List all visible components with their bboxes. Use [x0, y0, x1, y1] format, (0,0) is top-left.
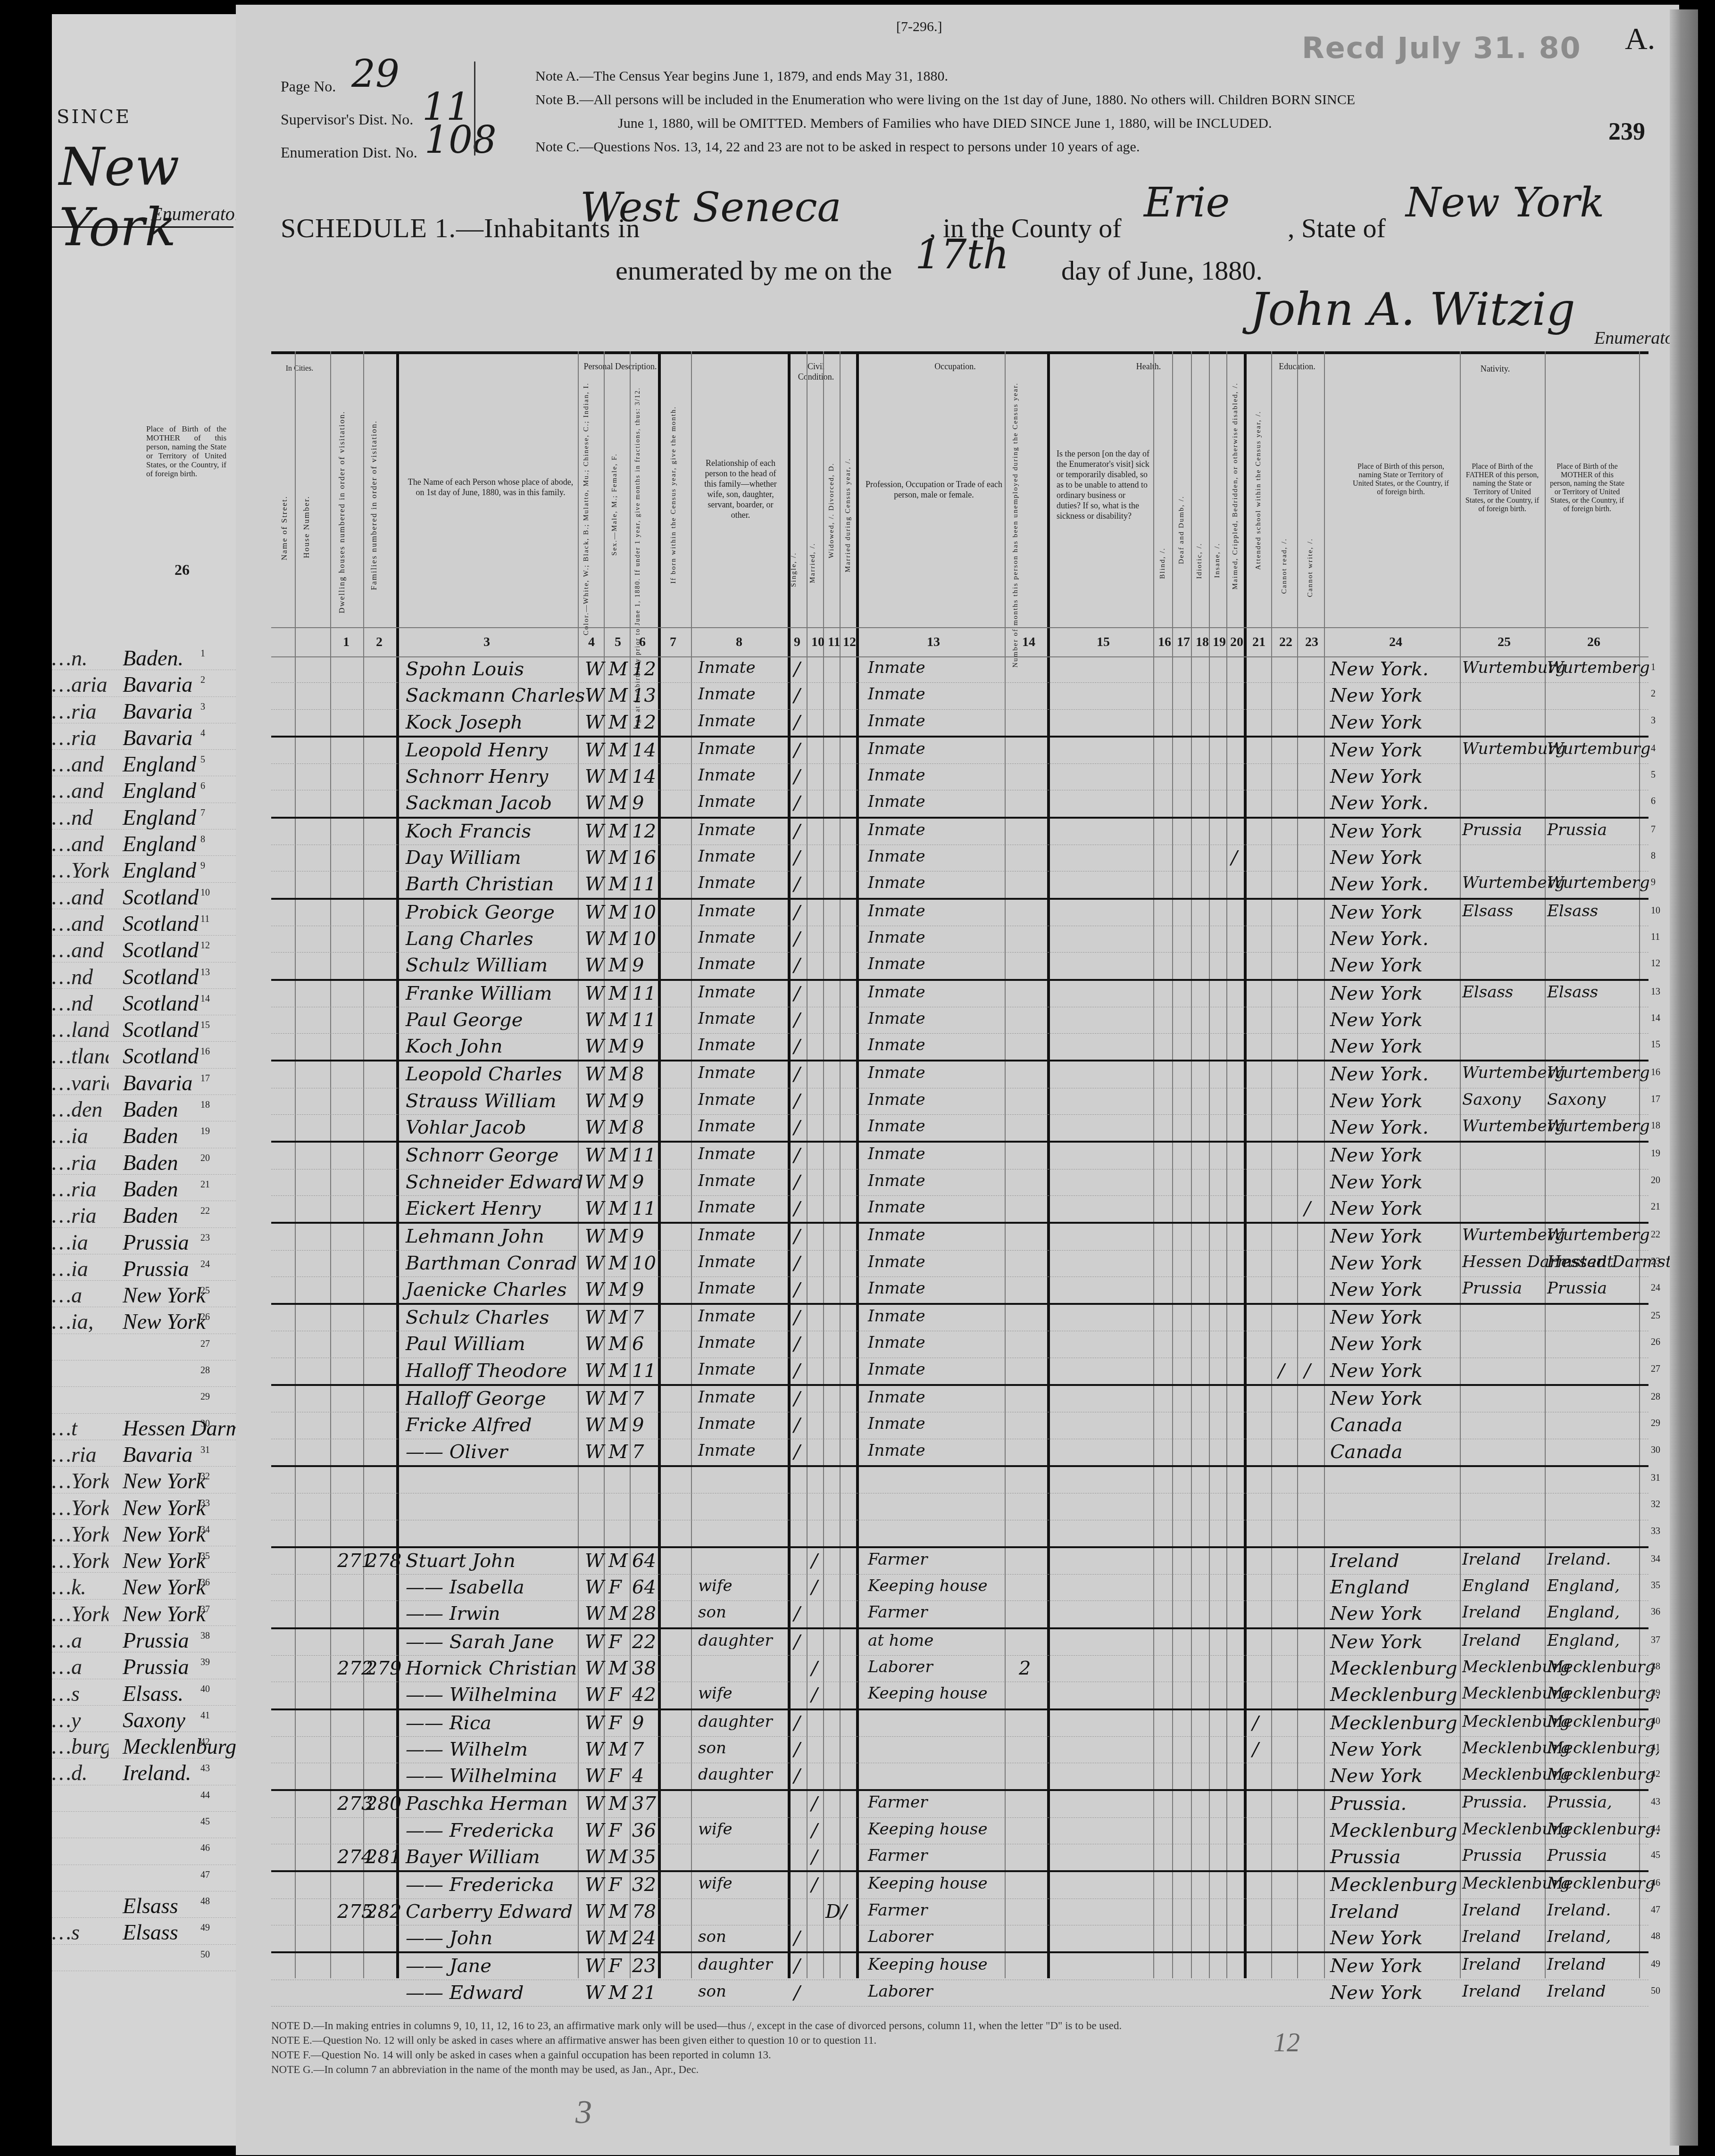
color: W	[585, 739, 604, 761]
birthplace: New York.	[1330, 658, 1429, 680]
occupation: Inmate	[868, 1252, 925, 1271]
note-g: NOTE G.—In column 7 an abbreviation in t…	[271, 2062, 1122, 2077]
row-number: 35	[1651, 1580, 1660, 1591]
column-number: 8	[736, 635, 742, 650]
left-mother-birthplace: Prussia	[123, 1628, 189, 1653]
birthplace: New York	[1330, 1739, 1423, 1760]
person-name: Hornick Christian	[406, 1658, 577, 1679]
col-street: Name of Street.	[280, 496, 289, 560]
age: 12	[632, 821, 656, 842]
col-5-header: Sex.—Male, M.; Female, F.	[611, 453, 619, 556]
left-row: …YorkNew York33	[52, 1493, 236, 1520]
row-number: 20	[1651, 1175, 1660, 1186]
age: 10	[632, 928, 656, 950]
birthplace: New York	[1330, 821, 1423, 842]
row-number: 7	[1651, 824, 1656, 835]
birthplace: Ireland	[1330, 1550, 1399, 1572]
col-17-header: Deaf and Dumb, /.	[1178, 496, 1186, 564]
color: W	[585, 821, 604, 842]
table-row: —— FrederickaWF32wife/Keeping houseMeckl…	[271, 1872, 1648, 1899]
table-row: Schnorr HenryWM14Inmate/InmateNew York5	[271, 764, 1648, 790]
person-name: Vohlar Jacob	[406, 1117, 526, 1138]
color: W	[585, 928, 604, 950]
age: 36	[632, 1820, 656, 1841]
family-number: 278	[366, 1550, 401, 1572]
column-number: 21	[1252, 635, 1265, 650]
married-mark: /	[811, 1820, 817, 1841]
row-number: 26	[1651, 1337, 1660, 1348]
left-mother-birthplace: Scotland	[123, 1044, 199, 1069]
note-f: NOTE F.—Question No. 14 will only be ask…	[271, 2048, 1122, 2062]
col-9-header: Single, /.	[790, 552, 798, 587]
relationship: Inmate	[698, 821, 756, 839]
person-name: Leopold Henry	[406, 739, 548, 761]
mother-birthplace: England,	[1547, 1603, 1620, 1622]
mother-birthplace: England,	[1547, 1576, 1620, 1595]
left-row-number: 2	[200, 675, 205, 686]
left-mother-birthplace: Prussia	[123, 1654, 189, 1679]
birthplace: New York.	[1330, 1117, 1429, 1138]
row-number: 43	[1651, 1797, 1660, 1808]
left-row: …andScotland12	[52, 936, 236, 962]
relationship: daughter	[698, 1631, 773, 1650]
column-number: 18	[1196, 635, 1209, 650]
table-row: —— FrederickaWF36wife/Keeping houseMeckl…	[271, 1818, 1648, 1844]
left-row: …tlandScotland16	[52, 1042, 236, 1068]
left-column-header: Place of Birth of the MOTHER of this per…	[146, 424, 226, 478]
age: 11	[632, 1144, 656, 1166]
col-4-header: Color.—White, W.; Black, B.; Mulatto, Mu…	[583, 382, 591, 635]
single-mark: /	[794, 902, 800, 923]
table-row: Schnorr GeorgeWM11Inmate/InmateNew York1…	[271, 1143, 1648, 1169]
relationship: Inmate	[698, 1333, 756, 1352]
birthplace: Mecklenburg	[1330, 1684, 1457, 1706]
person-name: Paul William	[406, 1333, 525, 1355]
mother-birthplace: England,	[1547, 1631, 1620, 1650]
left-mother-birthplace: New York	[123, 1283, 206, 1308]
single-mark: /	[794, 821, 800, 842]
left-row: …andEngland6	[52, 776, 236, 803]
state-name: New York	[1406, 179, 1604, 226]
table-row: Schneider EdwardWM9Inmate/InmateNew York…	[271, 1169, 1648, 1196]
left-row-number: 24	[200, 1259, 210, 1270]
left-mother-birthplace: New York	[123, 1495, 206, 1520]
note-e: NOTE E.—Question No. 12 will only be ask…	[271, 2033, 1122, 2048]
birthplace: New York	[1330, 739, 1423, 761]
mother-birthplace: Wurtemberg	[1547, 1117, 1650, 1136]
table-row: Jaenicke CharlesWM9Inmate/InmateNew York…	[271, 1277, 1648, 1305]
table-row: Probick GeorgeWM10Inmate/InmateNew YorkE…	[271, 900, 1648, 926]
occupation: Farmer	[868, 1603, 927, 1622]
left-mother-birthplace: Baden	[123, 1097, 178, 1122]
person-name: Sackmann Charles	[406, 685, 585, 706]
relationship: Inmate	[698, 792, 756, 811]
relationship: Inmate	[698, 1171, 756, 1190]
sex: F	[608, 1576, 622, 1598]
birthplace: New York	[1330, 1009, 1423, 1031]
color: W	[585, 1009, 604, 1031]
married-mark: /	[811, 1793, 817, 1815]
occupation: Inmate	[868, 1279, 925, 1298]
person-name: Barth Christian	[406, 873, 554, 895]
birthplace: New York	[1330, 1603, 1423, 1625]
table-row: Paul WilliamWM6Inmate/InmateNew York26	[271, 1331, 1648, 1358]
left-row-number: 34	[200, 1525, 210, 1535]
table-row: 273280Paschka HermanWM37/FarmerPrussia.P…	[271, 1791, 1648, 1817]
occupation: Inmate	[868, 1388, 925, 1407]
left-row: …aNew York25	[52, 1281, 236, 1307]
person-name: Schnorr Henry	[406, 766, 548, 788]
married-mark: /	[811, 1576, 817, 1598]
age: 21	[632, 1982, 656, 2004]
state-label: , State of	[1288, 212, 1386, 244]
row-number: 17	[1651, 1094, 1660, 1105]
relationship: Inmate	[698, 1117, 756, 1136]
person-name: Bayer William	[406, 1846, 540, 1868]
single-mark: /	[794, 1198, 800, 1219]
age: 12	[632, 712, 656, 733]
person-name: —— Irwin	[406, 1603, 500, 1625]
left-father-birthplace-fragment: …s	[52, 1681, 108, 1706]
left-row: 29	[52, 1387, 236, 1413]
left-father-birthplace-fragment: …a	[52, 1283, 108, 1308]
left-mother-birthplace: Elsass.	[123, 1681, 183, 1706]
birthplace: New York	[1330, 685, 1423, 706]
relationship: Inmate	[698, 1307, 756, 1326]
row-number: 38	[1651, 1661, 1660, 1672]
left-father-birthplace-fragment: …nd	[52, 991, 108, 1016]
occupation: Laborer	[868, 1927, 933, 1946]
single-mark: /	[794, 1739, 800, 1760]
occupation: Inmate	[868, 739, 925, 758]
occupation: Farmer	[868, 1846, 927, 1865]
footnotes: NOTE D.—In making entries in columns 9, …	[271, 2018, 1122, 2077]
person-name: Schulz Charles	[406, 1307, 549, 1328]
left-state-handwritten: New York	[59, 137, 236, 257]
left-row-number: 4	[200, 728, 205, 739]
row-number: 48	[1651, 1931, 1660, 1942]
occupation: Inmate	[868, 954, 925, 973]
father-birthplace: Ireland	[1462, 1901, 1521, 1920]
left-row-number: 42	[200, 1737, 210, 1748]
col-house-number: House Number.	[302, 496, 311, 558]
row-number: 9	[1651, 877, 1656, 888]
sex: M	[608, 1360, 628, 1382]
left-header-rule	[52, 226, 233, 228]
sex: M	[608, 1333, 628, 1355]
sex: M	[608, 847, 628, 869]
relationship: Inmate	[698, 1063, 756, 1082]
color: W	[585, 1927, 604, 1949]
relationship: Inmate	[698, 902, 756, 920]
color: W	[585, 1550, 604, 1572]
left-row: …sElsass49	[52, 1918, 236, 1944]
table-row: 272279Hornick ChristianWM38/Laborer2Meck…	[271, 1656, 1648, 1682]
age: 28	[632, 1603, 656, 1625]
left-father-birthplace-fragment: …York	[52, 1495, 108, 1520]
age: 7	[632, 1739, 644, 1760]
single-mark: /	[794, 1982, 800, 2004]
family-number: 280	[366, 1793, 401, 1815]
single-mark: /	[794, 1388, 800, 1410]
left-row-number: 37	[200, 1604, 210, 1615]
group-in-cities: In Cities.	[271, 364, 328, 374]
single-mark: /	[794, 928, 800, 950]
left-row: 27	[52, 1334, 236, 1360]
age: 9	[632, 1712, 644, 1734]
person-name: Koch John	[406, 1036, 502, 1057]
single-mark: /	[794, 1117, 800, 1138]
row-number: 12	[1651, 958, 1660, 969]
left-mother-birthplace: Baden	[123, 1203, 178, 1228]
age: 23	[632, 1955, 656, 1977]
left-father-birthplace-fragment: …and	[52, 831, 108, 856]
column-number: 4	[588, 635, 595, 650]
single-mark: /	[794, 954, 800, 976]
margin-mark-12: 12	[1274, 2028, 1300, 2058]
row-number: 50	[1651, 1986, 1660, 1997]
left-mother-birthplace: Baden.	[123, 646, 183, 671]
col-3-header: The Name of each Person whose place of a…	[406, 477, 575, 498]
left-mother-birthplace: England	[123, 831, 196, 856]
row-number: 33	[1651, 1526, 1660, 1537]
row-number: 14	[1651, 1013, 1660, 1024]
age: 22	[632, 1631, 656, 1653]
color: W	[585, 1982, 604, 2004]
enumerated-label: enumerated by me on the	[616, 255, 892, 286]
person-name: —— Sarah Jane	[406, 1631, 554, 1653]
age: 11	[632, 1360, 656, 1382]
birthplace: Ireland	[1330, 1901, 1399, 1923]
relationship: Inmate	[698, 1036, 756, 1054]
note-a: Note A.—The Census Year begins June 1, 1…	[535, 68, 948, 84]
col-19-header: Insane, /.	[1214, 543, 1222, 578]
left-father-birthplace-fragment: …land	[52, 1017, 108, 1042]
left-father-birthplace-fragment: …ia,	[52, 1309, 108, 1334]
age: 11	[632, 1009, 656, 1031]
left-father-birthplace-fragment: …tland	[52, 1044, 108, 1069]
single-mark: /	[794, 1063, 800, 1085]
col-13-header: Profession, Occupation or Trade of each …	[866, 479, 1002, 500]
birthplace: New York	[1330, 1252, 1423, 1274]
left-row-number: 5	[200, 755, 205, 765]
mother-birthplace: Prussia	[1547, 1279, 1607, 1298]
left-row: …aPrussia38	[52, 1626, 236, 1652]
age: 7	[632, 1388, 644, 1410]
color: W	[585, 873, 604, 895]
left-row-number: 30	[200, 1418, 210, 1429]
person-name: Koch Francis	[406, 821, 531, 842]
left-row: …riaBaden22	[52, 1201, 236, 1227]
column-number: 6	[639, 635, 646, 650]
sex: M	[608, 983, 628, 1004]
person-name: Lang Charles	[406, 928, 533, 950]
left-mother-birthplace: England	[123, 778, 196, 803]
left-father-birthplace-fragment: …a	[52, 1628, 108, 1653]
age: 37	[632, 1793, 656, 1815]
left-row-number: 16	[200, 1046, 210, 1057]
left-row: …k.New York36	[52, 1573, 236, 1599]
mother-birthplace: Saxony	[1547, 1090, 1606, 1109]
person-name: —— Edward	[406, 1982, 524, 2004]
occupation: Inmate	[868, 873, 925, 892]
single-mark: /	[794, 658, 800, 680]
left-father-birthplace-fragment: …ria	[52, 1203, 108, 1228]
age: 64	[632, 1550, 656, 1572]
birthplace: Mecklenburg	[1330, 1712, 1457, 1734]
single-mark: /	[794, 1441, 800, 1463]
color: W	[585, 1576, 604, 1598]
group-occupation: Occupation.	[861, 361, 1049, 372]
left-mother-birthplace: Elsass	[123, 1893, 178, 1918]
relationship: Inmate	[698, 1090, 756, 1109]
column-number: 13	[927, 635, 940, 650]
person-name: Schneider Edward	[406, 1171, 583, 1193]
left-row: 28	[52, 1360, 236, 1387]
single-mark: /	[794, 1171, 800, 1193]
note-b-cont: June 1, 1880, will be OMITTED. Members o…	[618, 116, 1272, 132]
occupation: Inmate	[868, 1090, 925, 1109]
col-18-header: Idiotic, /.	[1196, 543, 1204, 579]
table-row: Vohlar JacobWM8Inmate/InmateNew York.Wur…	[271, 1115, 1648, 1143]
relationship: Inmate	[698, 1009, 756, 1028]
row-number: 24	[1651, 1283, 1660, 1294]
left-row-number: 28	[200, 1365, 210, 1376]
row-number: 39	[1651, 1688, 1660, 1699]
month-year-label: day of June, 1880.	[1061, 255, 1263, 286]
widowed-mark: D/	[825, 1901, 847, 1923]
relationship: son	[698, 1603, 726, 1622]
row-number: 18	[1651, 1120, 1660, 1131]
birthplace: Canada	[1330, 1441, 1403, 1463]
occupation: Laborer	[868, 1658, 933, 1676]
left-header-fragment: SINCE	[57, 106, 131, 128]
person-name: Lehmann John	[406, 1226, 544, 1247]
single-mark: /	[794, 739, 800, 761]
table-row: Spohn LouisWM12Inmate/InmateNew York.Wur…	[271, 656, 1648, 683]
relationship: son	[698, 1982, 726, 2001]
birthplace: New York	[1330, 1226, 1423, 1247]
age: 24	[632, 1927, 656, 1949]
left-row: 45	[52, 1812, 236, 1838]
occupation: Inmate	[868, 902, 925, 920]
mother-birthplace: Wurtemberg	[1547, 1063, 1650, 1082]
person-name: Carberry Edward	[406, 1901, 573, 1923]
sex: F	[608, 1955, 622, 1977]
left-mother-birthplace: England	[123, 752, 196, 777]
person-name: Sackman Jacob	[406, 792, 552, 814]
person-name: Leopold Charles	[406, 1063, 562, 1085]
census-table: In Cities. Name of Street. House Number.…	[271, 351, 1648, 1978]
sex: M	[608, 1658, 628, 1679]
row-number: 37	[1651, 1635, 1660, 1646]
column-number: 12	[843, 635, 856, 650]
column-number: 14	[1022, 635, 1035, 650]
color: W	[585, 1198, 604, 1219]
birthplace: New York.	[1330, 792, 1429, 814]
left-mother-birthplace: Ireland.	[123, 1760, 191, 1785]
col-24-header: Place of Birth of this person, naming St…	[1349, 463, 1453, 497]
color: W	[585, 792, 604, 814]
age: 11	[632, 983, 656, 1004]
mother-birthplace: Elsass	[1547, 902, 1598, 920]
occupation: Inmate	[868, 1009, 925, 1028]
left-row: …d.Ireland.43	[52, 1758, 236, 1785]
relationship: Inmate	[698, 983, 756, 1002]
left-row: …ndScotland13	[52, 962, 236, 989]
person-name: Paul George	[406, 1009, 523, 1031]
age: 8	[632, 1117, 644, 1138]
father-birthplace: Ireland	[1462, 1955, 1521, 1974]
left-mother-birthplace: Scotland	[123, 911, 199, 936]
relationship: Inmate	[698, 766, 756, 785]
age: 32	[632, 1874, 656, 1896]
relationship: Inmate	[698, 1198, 756, 1217]
left-row: …ariaBavaria2	[52, 670, 236, 697]
relationship: Inmate	[698, 1226, 756, 1244]
table-row: 33	[271, 1520, 1648, 1548]
col-26-header: Place of Birth of the MOTHER of this per…	[1549, 463, 1625, 514]
table-row: —— WilhelmWM7son//New YorkMecklenburgMec…	[271, 1737, 1648, 1763]
row-number: 44	[1651, 1824, 1660, 1834]
enumeration-dist-value: 108	[425, 118, 497, 162]
left-row: …sElsass.40	[52, 1679, 236, 1706]
left-father-birthplace-fragment: …and	[52, 752, 108, 777]
margin-mark-3: 3	[575, 2094, 592, 2131]
occupation: Keeping house	[868, 1684, 988, 1703]
mother-birthplace: Wurtemberg	[1547, 658, 1650, 677]
mother-birthplace: Ireland,	[1547, 1927, 1611, 1946]
school-mark: /	[1252, 1712, 1258, 1734]
column-number: 2	[376, 635, 383, 650]
age: 78	[632, 1901, 656, 1923]
col-15-header: Is the person [on the day of the Enumera…	[1057, 448, 1151, 521]
relationship: son	[698, 1739, 726, 1758]
note-b: Note B.—All persons will be included in …	[535, 92, 1355, 108]
left-father-birthplace-fragment: …ria	[52, 1150, 108, 1175]
left-row-number: 46	[200, 1843, 210, 1854]
occupation: Inmate	[868, 1063, 925, 1082]
left-father-birthplace-fragment: …burg	[52, 1734, 108, 1759]
color: W	[585, 1036, 604, 1057]
left-father-birthplace-fragment: …ia	[52, 1230, 108, 1255]
left-mother-birthplace: Mecklenburg	[123, 1734, 236, 1759]
column-number: 17	[1177, 635, 1190, 650]
birthplace: New York	[1330, 1333, 1423, 1355]
group-civil: Civil Condition.	[790, 361, 842, 382]
left-mother-birthplace: Bavaria	[123, 699, 192, 724]
color: W	[585, 1226, 604, 1247]
left-father-birthplace-fragment: …ria	[52, 1177, 108, 1202]
single-mark: /	[794, 1226, 800, 1247]
mother-birthplace: Wurtemburg	[1547, 739, 1650, 758]
relationship: wife	[698, 1820, 733, 1839]
occupation: Inmate	[868, 1198, 925, 1217]
mother-birthplace: Mecklenburg,	[1547, 1739, 1660, 1758]
person-name: —— Fredericka	[406, 1874, 554, 1896]
age: 14	[632, 739, 656, 761]
row-number: 41	[1651, 1742, 1660, 1753]
sex: M	[608, 1982, 628, 2004]
left-row: …YorkNew York32	[52, 1467, 236, 1493]
relationship: Inmate	[698, 1388, 756, 1407]
relationship: Inmate	[698, 1144, 756, 1163]
left-row: …andScotland11	[52, 909, 236, 936]
left-mother-birthplace: New York	[123, 1548, 206, 1573]
birthplace: New York	[1330, 1388, 1423, 1410]
table-row: —— JohnWM24son/LaborerNew YorkIrelandIre…	[271, 1925, 1648, 1953]
left-row: Elsass48	[52, 1891, 236, 1918]
